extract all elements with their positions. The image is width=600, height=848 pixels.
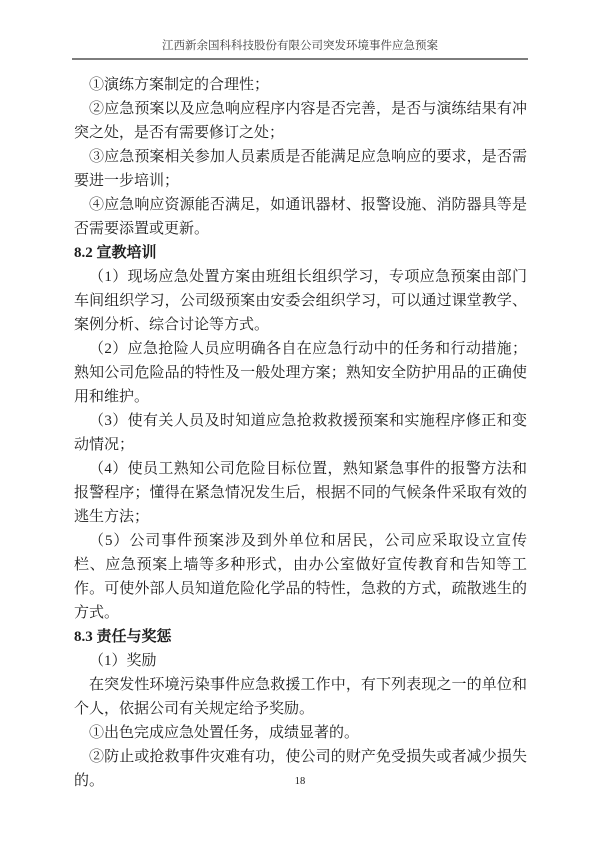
paragraph-1: ①演练方案制定的合理性； bbox=[74, 73, 527, 97]
document-body: ①演练方案制定的合理性； ②应急预案以及应急响应程序内容是否完善，是否与演练结果… bbox=[74, 73, 527, 793]
paragraph-9: （5）公司事件预案涉及到外单位和居民，公司应采取设立宣传栏、应急预案上墙等多种形… bbox=[74, 529, 527, 625]
page-header: 江西新余国科科技股份有限公司突发环境事件应急预案 bbox=[72, 0, 528, 60]
page-number: 18 bbox=[295, 776, 306, 787]
paragraph-5: （1）现场应急处置方案由班组长组织学习，专项应急预案由部门车间组织学习，公司级预… bbox=[74, 265, 527, 337]
document-title: 江西新余国科科技股份有限公司突发环境事件应急预案 bbox=[162, 37, 438, 58]
page-footer: 18 bbox=[0, 776, 600, 787]
section-heading-8-2: 8.2 宣教培训 bbox=[74, 241, 527, 265]
paragraph-4: ④应急响应资源能否满足，如通讯器材、报警设施、消防器具等是否需要添置或更新。 bbox=[74, 193, 527, 241]
paragraph-2: ②应急预案以及应急响应程序内容是否完善，是否与演练结果有冲突之处，是否有需要修订… bbox=[74, 97, 527, 145]
paragraph-11: 在突发性环境污染事件应急救援工作中，有下列表现之一的单位和个人，依据公司有关规定… bbox=[74, 673, 527, 721]
paragraph-12: ①出色完成应急处置任务，成绩显著的。 bbox=[74, 721, 527, 745]
paragraph-10: （1）奖励 bbox=[74, 649, 527, 673]
document-page: 江西新余国科科技股份有限公司突发环境事件应急预案 ①演练方案制定的合理性； ②应… bbox=[0, 0, 600, 848]
paragraph-6: （2）应急抢险人员应明确各自在应急行动中的任务和行动措施；熟知公司危险品的特性及… bbox=[74, 337, 527, 409]
section-heading-8-3: 8.3 责任与奖惩 bbox=[74, 625, 527, 649]
paragraph-8: （4）使员工熟知公司危险目标位置，熟知紧急事件的报警方法和报警程序；懂得在紧急情… bbox=[74, 457, 527, 529]
paragraph-3: ③应急预案相关参加人员素质是否能满足应急响应的要求，是否需要进一步培训； bbox=[74, 145, 527, 193]
paragraph-7: （3）使有关人员及时知道应急抢救救援预案和实施程序修正和变动情况； bbox=[74, 409, 527, 457]
